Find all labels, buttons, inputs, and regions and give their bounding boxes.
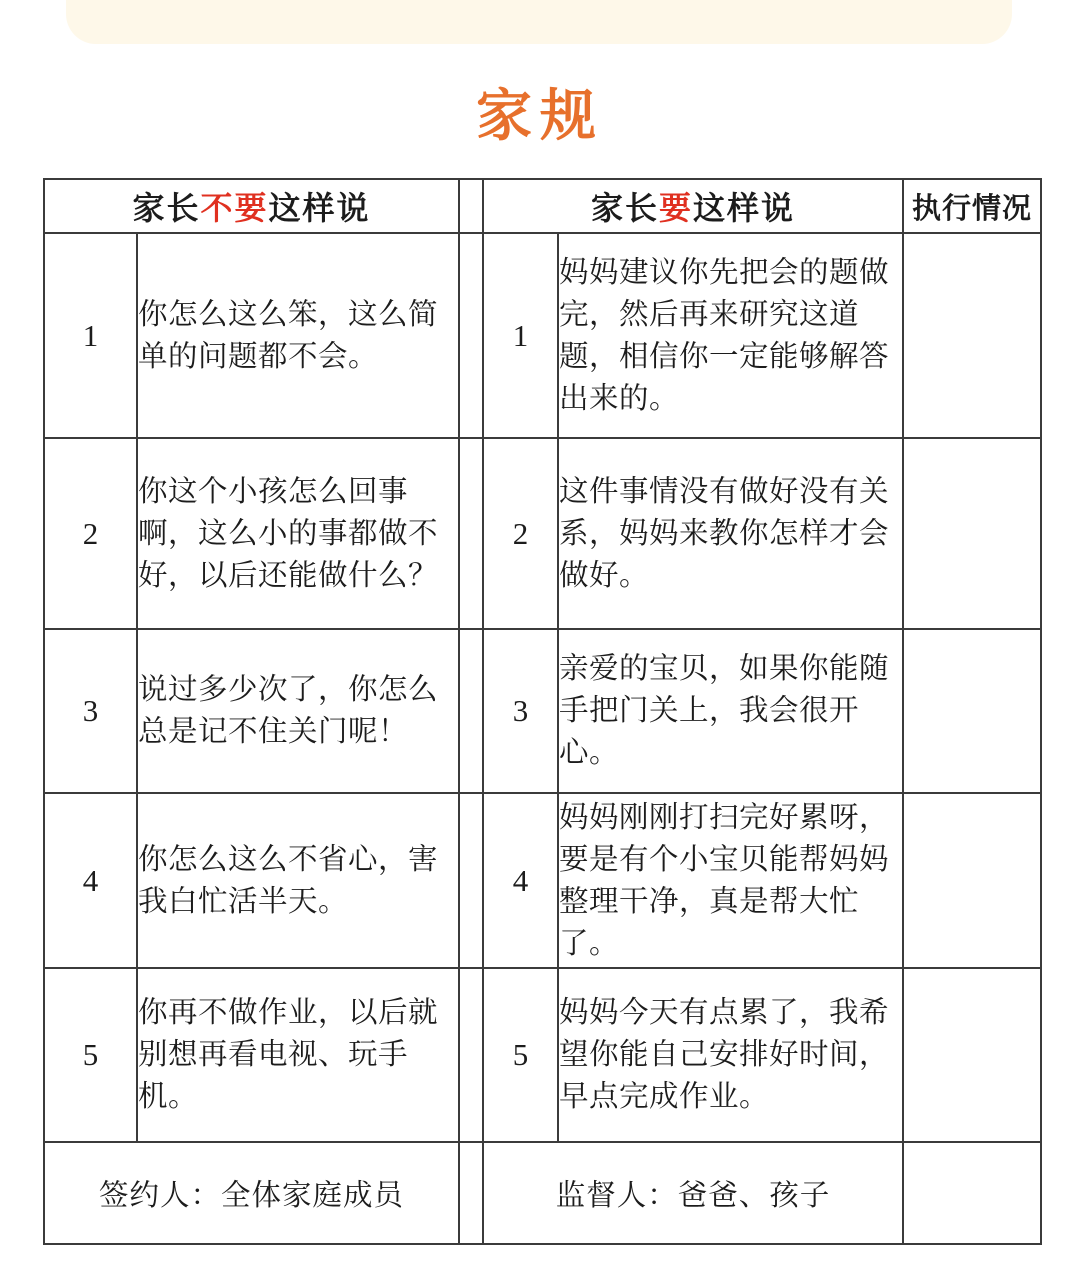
footer-status-cell [903, 1142, 1041, 1244]
header-do-emphasis: 要 [659, 190, 693, 226]
row-2-do-number: 2 [483, 438, 558, 629]
row-1-status-cell [903, 233, 1041, 438]
table-row-2: 2 你这个小孩怎么回事啊，这么小的事都做不好，以后还能做什么？ 2 这件事情没有… [44, 438, 1041, 629]
header-dont-column: 家长不要这样说 [44, 179, 459, 233]
row-4-gap-cell [459, 793, 483, 968]
row-2-do-text: 这件事情没有做好没有关系，妈妈来教你怎样才会做好。 [558, 438, 903, 629]
table-row-4: 4 你怎么这么不省心，害我白忙活半天。 4 妈妈刚刚打扫完好累呀，要是有个小宝贝… [44, 793, 1041, 968]
row-5-gap-cell [459, 968, 483, 1142]
table-row-5: 5 你再不做作业，以后就别想再看电视、玩手机。 5 妈妈今天有点累了，我希望你能… [44, 968, 1041, 1142]
header-do-suffix: 这样说 [693, 190, 795, 226]
row-3-dont-text: 说过多少次了，你怎么总是记不住关门呢！ [137, 629, 459, 793]
row-5-dont-number: 5 [44, 968, 137, 1142]
row-4-dont-text: 你怎么这么不省心，害我白忙活半天。 [137, 793, 459, 968]
header-dont-emphasis: 不要 [201, 190, 269, 226]
row-3-do-text: 亲爱的宝贝，如果你能随手把门关上，我会很开心。 [558, 629, 903, 793]
table-row-1: 1 你怎么这么笨，这么简单的问题都不会。 1 妈妈建议你先把会的题做完，然后再来… [44, 233, 1041, 438]
row-4-do-number: 4 [483, 793, 558, 968]
row-1-do-text: 妈妈建议你先把会的题做完，然后再来研究这道题，相信你一定能够解答出来的。 [558, 233, 903, 438]
header-do-prefix: 家长 [591, 190, 659, 226]
row-3-dont-number: 3 [44, 629, 137, 793]
header-row: 家长不要这样说 家长要这样说 执行情况 [44, 179, 1041, 233]
row-5-status-cell [903, 968, 1041, 1142]
row-2-status-cell [903, 438, 1041, 629]
header-do-column: 家长要这样说 [483, 179, 903, 233]
row-3-gap-cell [459, 629, 483, 793]
row-4-dont-number: 4 [44, 793, 137, 968]
header-status-column: 执行情况 [903, 179, 1041, 233]
footer-gap-cell [459, 1142, 483, 1244]
family-rules-table: 家长不要这样说 家长要这样说 执行情况 1 你怎么这么笨，这么简单的问题都不会。… [43, 178, 1042, 1245]
row-2-dont-number: 2 [44, 438, 137, 629]
row-3-status-cell [903, 629, 1041, 793]
row-1-gap-cell [459, 233, 483, 438]
row-1-dont-text: 你怎么这么笨，这么简单的问题都不会。 [137, 233, 459, 438]
row-5-do-text: 妈妈今天有点累了，我希望你能自己安排好时间，早点完成作业。 [558, 968, 903, 1142]
footer-supervisor-cell: 监督人：爸爸、孩子 [483, 1142, 903, 1244]
table-row-3: 3 说过多少次了，你怎么总是记不住关门呢！ 3 亲爱的宝贝，如果你能随手把门关上… [44, 629, 1041, 793]
top-banner [66, 0, 1012, 44]
row-2-gap-cell [459, 438, 483, 629]
row-5-dont-text: 你再不做作业，以后就别想再看电视、玩手机。 [137, 968, 459, 1142]
header-dont-suffix: 这样说 [269, 190, 371, 226]
row-4-status-cell [903, 793, 1041, 968]
footer-signer-cell: 签约人：全体家庭成员 [44, 1142, 459, 1244]
footer-row: 签约人：全体家庭成员 监督人：爸爸、孩子 [44, 1142, 1041, 1244]
row-3-do-number: 3 [483, 629, 558, 793]
row-2-dont-text: 你这个小孩怎么回事啊，这么小的事都做不好，以后还能做什么？ [137, 438, 459, 629]
row-4-do-text: 妈妈刚刚打扫完好累呀，要是有个小宝贝能帮妈妈整理干净，真是帮大忙了。 [558, 793, 903, 968]
header-gap-cell [459, 179, 483, 233]
page-title: 家规 [0, 72, 1080, 152]
header-dont-prefix: 家长 [132, 190, 200, 226]
page: 家规 家长不要这样说 家长要这样说 执行情况 1 你怎么这么笨，这么简单的问题都… [0, 0, 1080, 1279]
row-1-dont-number: 1 [44, 233, 137, 438]
row-1-do-number: 1 [483, 233, 558, 438]
row-5-do-number: 5 [483, 968, 558, 1142]
